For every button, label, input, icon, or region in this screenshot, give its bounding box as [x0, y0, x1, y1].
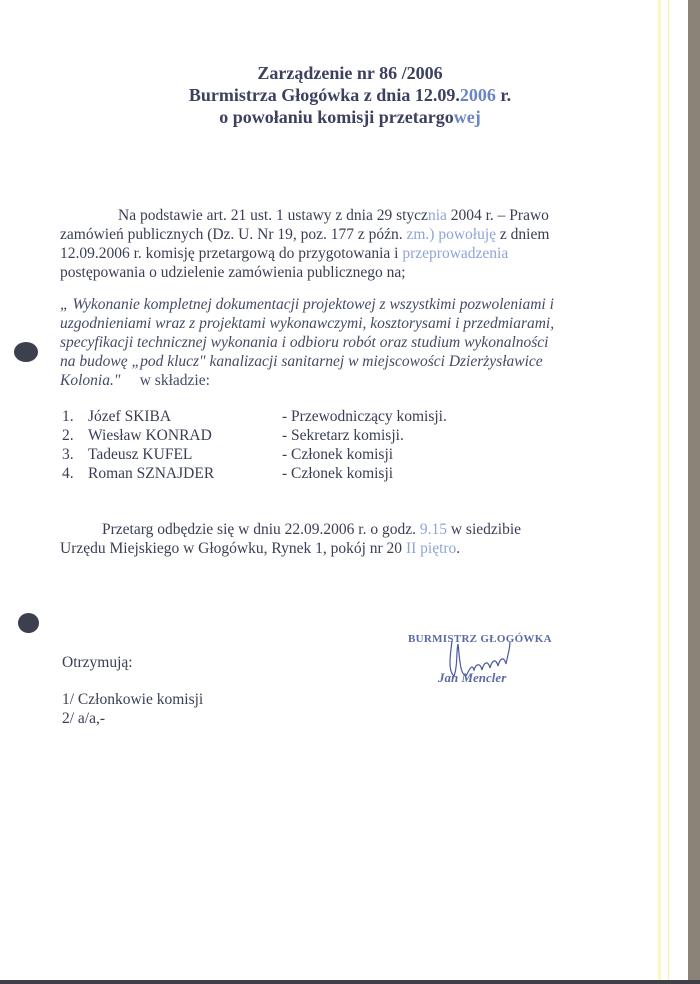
title-line-3: o powołaniu komisji przetargowej [0, 106, 700, 128]
recipients-section: Otrzymują: 1/ Członkowie komisji 2/ a/a,… [62, 653, 203, 728]
scan-edge-right [688, 0, 700, 984]
title-line-1: Zarządzenie nr 86 /2006 [0, 62, 700, 84]
punch-hole [14, 342, 38, 362]
tender-paragraph: Przetarg odbędzie się w dniu 22.09.2006 … [60, 520, 620, 558]
scan-edge-bottom [0, 980, 700, 984]
document-title: Zarządzenie nr 86 /2006 Burmistrza Głogó… [0, 62, 700, 128]
subject-quote: „ Wykonanie kompletnej dokumentacji proj… [60, 295, 620, 390]
scan-artifact-line [668, 0, 669, 980]
intro-paragraph: Na podstawie art. 21 ust. 1 ustawy z dni… [60, 206, 620, 282]
recipient-item: 1/ Członkowie komisji [62, 690, 203, 709]
scan-artifact-line [658, 0, 661, 980]
signatory-name: Jan Mencler [438, 670, 506, 686]
recipients-label: Otrzymują: [62, 653, 203, 672]
punch-hole [18, 613, 39, 633]
title-line-2: Burmistrza Głogówka z dnia 12.09.2006 r. [0, 84, 700, 106]
recipient-item: 2/ a/a,- [62, 709, 203, 728]
